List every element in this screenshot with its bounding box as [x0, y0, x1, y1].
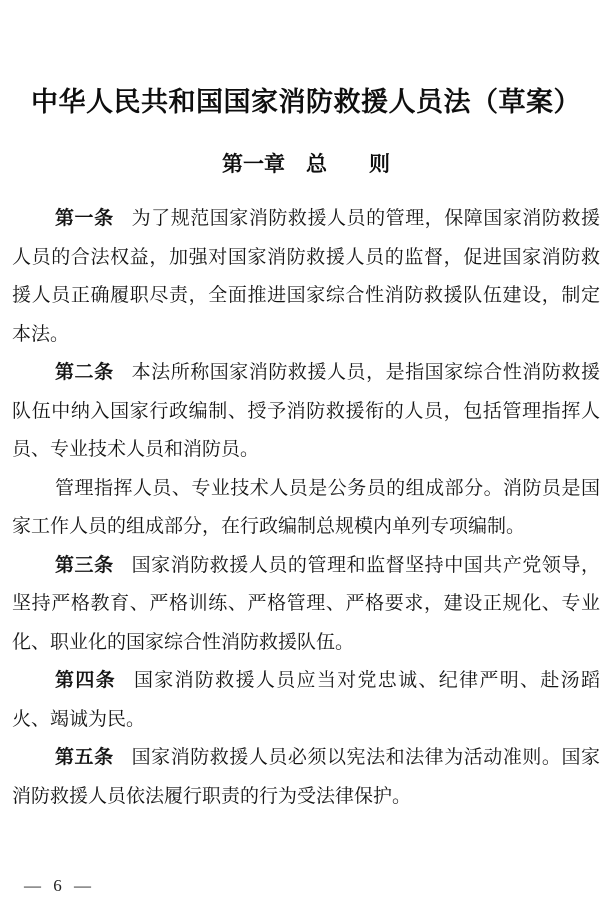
article-number: 第四条 — [55, 670, 116, 691]
article-number: 第五条 — [55, 747, 114, 768]
article-paragraph: 第三条国家消防救援人员的管理和监督坚持中国共产党领导，坚持严格教育、严格训练、严… — [12, 547, 600, 663]
article-paragraph: 第二条本法所称国家消防救援人员，是指国家综合性消防救援队伍中纳入国家行政编制、授… — [12, 354, 600, 470]
article-paragraph: 第一条为了规范国家消防救援人员的管理，保障国家消防救援人员的合法权益，加强对国家… — [12, 200, 600, 354]
article-number: 第三条 — [55, 555, 114, 576]
article-number: 第二条 — [55, 362, 114, 383]
document-title: 中华人民共和国国家消防救援人员法（草案） — [12, 84, 600, 120]
article-text: 管理指挥人员、专业技术人员是公务员的组成部分。消防员是国家工作人员的组成部分，在… — [12, 478, 600, 538]
chapter-heading: 第一章 总 则 — [12, 150, 600, 178]
article-paragraph: 第四条国家消防救援人员应当对党忠诚、纪律严明、赴汤蹈火、竭诚为民。 — [12, 662, 600, 739]
article-paragraph: 管理指挥人员、专业技术人员是公务员的组成部分。消防员是国家工作人员的组成部分，在… — [12, 470, 600, 547]
article-number: 第一条 — [55, 208, 114, 229]
page-number: — 6 — — [24, 876, 95, 896]
document-body: 第一条为了规范国家消防救援人员的管理，保障国家消防救援人员的合法权益，加强对国家… — [12, 200, 600, 816]
article-paragraph: 第五条国家消防救援人员必须以宪法和法律为活动准则。国家消防救援人员依法履行职责的… — [12, 739, 600, 816]
document-page: 中华人民共和国国家消防救援人员法（草案） 第一章 总 则 第一条为了规范国家消防… — [0, 0, 614, 907]
